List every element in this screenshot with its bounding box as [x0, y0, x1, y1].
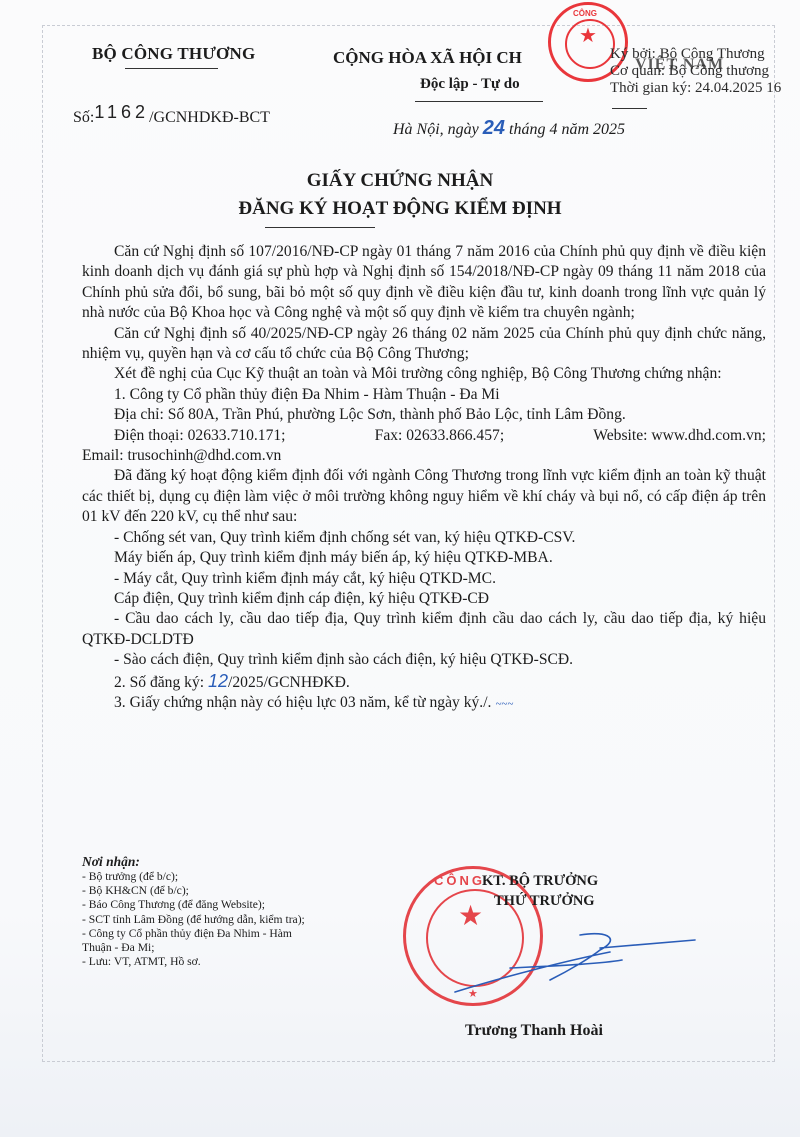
scope-item: - Chống sét van, Quy trình kiểm định chố…: [82, 528, 766, 548]
doc-number-suffix: /GCNHDKĐ-BCT: [149, 109, 270, 126]
document-number: Số:1162/GCNHDKĐ-BCT: [73, 106, 270, 127]
doc-number-prefix: Số:: [73, 109, 94, 126]
company-address: Địa chỉ: Số 80A, Trần Phú, phường Lộc Sơ…: [82, 405, 766, 425]
reg-number-handwritten: 12: [208, 671, 228, 691]
reg-suffix: /2025/GCNHĐKĐ.: [228, 674, 350, 691]
document-subtitle: ĐĂNG KÝ HOẠT ĐỘNG KIỂM ĐỊNH: [0, 198, 800, 220]
document-page: BỘ CÔNG THƯƠNG Số:1162/GCNHDKĐ-BCT CỘNG …: [0, 0, 800, 1137]
date-suffix: tháng 4 năm 2025: [509, 121, 625, 138]
recipients-title: Nơi nhận:: [82, 853, 305, 870]
date-prefix: Hà Nội, ngày: [393, 121, 479, 138]
seal-ring-text: CÔNG: [573, 9, 597, 18]
issue-date: Hà Nội, ngày24tháng 4 năm 2025: [393, 117, 625, 140]
company-phone: Điện thoại: 02633.710.171;: [114, 426, 286, 446]
validity-text: 3. Giấy chứng nhận này có hiệu lực 03 nă…: [114, 694, 491, 711]
company-name: 1. Công ty Cổ phần thủy điện Đa Nhim - H…: [82, 385, 766, 405]
document-body: Căn cứ Nghị định số 107/2016/NĐ-CP ngày …: [82, 242, 766, 714]
recipient-item: - SCT tỉnh Lâm Đồng (để hướng dẫn, kiểm …: [82, 913, 305, 927]
reg-prefix: 2. Số đăng ký:: [114, 674, 204, 691]
national-title: CỘNG HÒA XÃ HỘI CH: [333, 48, 522, 68]
scope-item: Máy biến áp, Quy trình kiểm định máy biế…: [82, 548, 766, 568]
digital-signature-info: Ký bởi: Bộ Công Thương Cơ quan: Bộ Công …: [610, 46, 781, 97]
star-icon: ★: [579, 26, 597, 46]
date-day-handwritten: 24: [483, 117, 505, 139]
motto-underline-right: [612, 108, 647, 109]
signing-time: Thời gian ký: 24.04.2025 16: [610, 80, 781, 97]
validity-clause: 3. Giấy chứng nhận này có hiệu lực 03 nă…: [82, 693, 766, 714]
document-title: GIẤY CHỨNG NHẬN: [0, 170, 800, 192]
legal-basis-2: Căn cứ Nghị định số 40/2025/NĐ-CP ngày 2…: [82, 324, 766, 365]
agency-underline: [125, 68, 218, 69]
scope-item: - Máy cắt, Quy trình kiểm định máy cắt, …: [82, 569, 766, 589]
company-website: Website: www.dhd.com.vn;: [593, 426, 766, 446]
registration-number: 2. Số đăng ký: 12/2025/GCNHĐKĐ.: [82, 671, 766, 693]
seal-ring-text: CÔNG: [434, 873, 485, 888]
recipient-item: - Công ty Cổ phần thủy điện Đa Nhim - Hà…: [82, 927, 305, 941]
recipient-item: - Lưu: VT, ATMT, Hồ sơ.: [82, 955, 305, 969]
signing-agency: Cơ quan: Bộ Công thương: [610, 63, 781, 80]
handwritten-signature-icon: [450, 930, 700, 1000]
recipient-item: - Báo Công Thương (để đăng Website);: [82, 898, 305, 912]
title-underline: [265, 227, 375, 228]
consideration: Xét đề nghị của Cục Kỹ thuật an toàn và …: [82, 364, 766, 384]
star-icon: ★: [458, 903, 483, 931]
signer-title: THỨ TRƯỞNG: [494, 893, 595, 910]
recipients-list: Nơi nhận: - Bộ trưởng (để b/c); - Bộ KH&…: [82, 853, 305, 969]
scope-item: - Cầu dao cách ly, cầu dao tiếp địa, Quy…: [82, 609, 766, 650]
recipient-item: - Bộ trưởng (để b/c);: [82, 870, 305, 884]
recipient-item: Thuận - Đa Mi;: [82, 941, 305, 955]
doc-number-handwritten: 1162: [94, 102, 149, 122]
national-motto: Độc lập - Tự do: [420, 76, 520, 93]
issuing-agency: BỘ CÔNG THƯƠNG: [92, 44, 255, 64]
legal-basis-1: Căn cứ Nghị định số 107/2016/NĐ-CP ngày …: [82, 242, 766, 324]
registration-scope: Đã đăng ký hoạt động kiểm định đối với n…: [82, 466, 766, 527]
recipient-item: - Bộ KH&CN (để b/c);: [82, 884, 305, 898]
scope-item: Cáp điện, Quy trình kiểm định cáp điện, …: [82, 589, 766, 609]
scope-item: - Sào cách điện, Quy trình kiểm định sào…: [82, 650, 766, 670]
company-email: Email: trusochinh@dhd.com.vn: [82, 446, 766, 466]
company-contacts: Điện thoại: 02633.710.171; Fax: 02633.86…: [82, 426, 766, 446]
signed-by: Ký bởi: Bộ Công Thương: [610, 46, 781, 63]
signer-role: KT. BỘ TRƯỞNG: [482, 873, 598, 890]
company-fax: Fax: 02633.866.457;: [375, 426, 505, 446]
motto-underline: [415, 101, 543, 102]
signer-name: Trương Thanh Hoài: [465, 1022, 603, 1040]
initial-mark-icon: ~~~: [495, 698, 513, 710]
